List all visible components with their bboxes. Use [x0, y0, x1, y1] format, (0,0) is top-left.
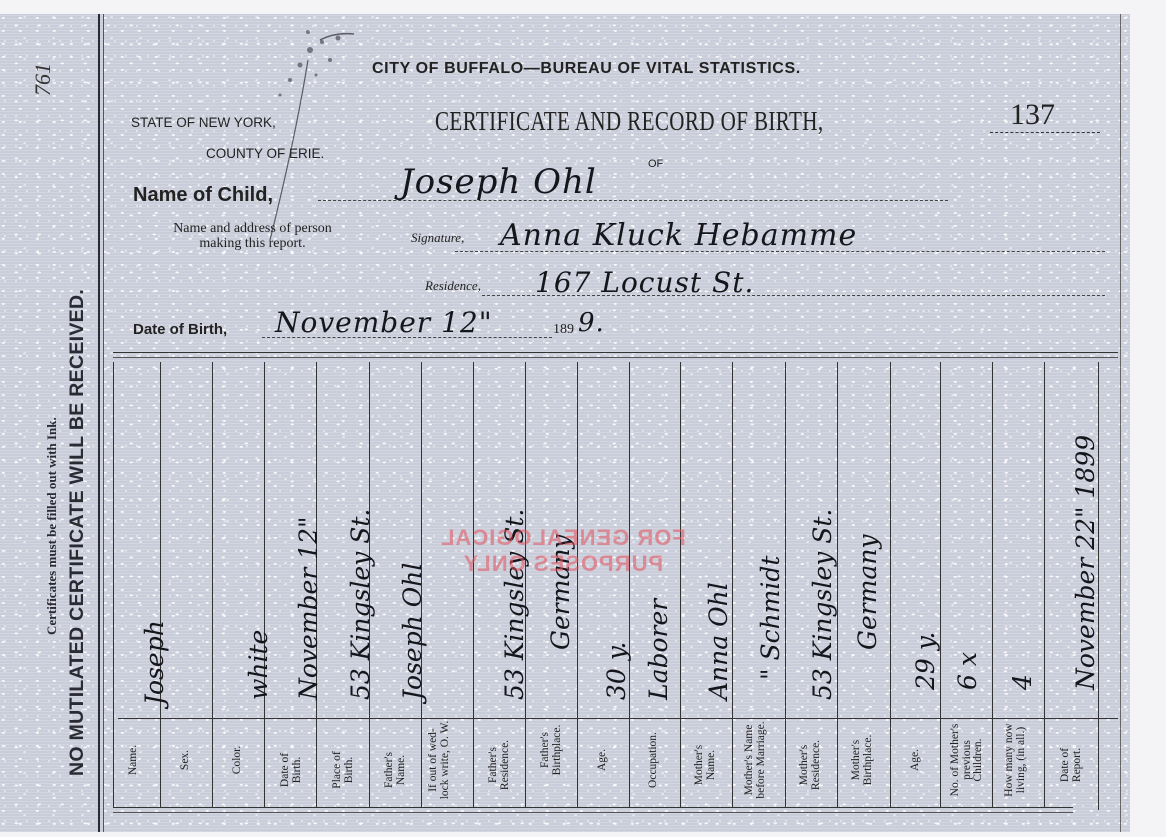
residence-value: 167 Locust St. — [535, 266, 754, 299]
reporter-label-line2: making this report. — [199, 236, 305, 251]
column-header-fathers-name: Father's Name. — [384, 740, 407, 800]
cell-mothers-maiden-name: " Schmidt — [758, 556, 784, 680]
cell-mothers-birthplace: Germany — [855, 534, 881, 650]
certificate-number-line — [990, 132, 1100, 133]
stub-number-handwritten: 761 — [30, 63, 56, 96]
cell-place-of-birth: 53 Kingsley St. — [348, 509, 374, 700]
table-top-rule-2 — [113, 357, 1118, 358]
column-header-fathers-birthplace: Father's Birthplace. — [540, 710, 563, 790]
name-of-child-label: Name of Child, — [133, 184, 273, 207]
of-label: OF — [648, 158, 663, 170]
date-of-birth-year-prefix: 189 — [553, 322, 574, 338]
cell-date-of-birth: November 12" — [296, 516, 322, 700]
bureau-heading: CITY OF BUFFALO—BUREAU OF VITAL STATISTI… — [372, 60, 801, 78]
column-header-date-of-birth: Date of Birth. — [280, 740, 303, 800]
stub-notice-ink: Certificates must be filled out with Ink… — [44, 417, 60, 635]
column-divider — [264, 362, 265, 807]
county-label: COUNTY OF ERIE. — [206, 146, 324, 161]
cell-occupation: Laborer — [646, 599, 672, 700]
cell-mothers-residence: 53 Kingsley St. — [810, 509, 836, 700]
column-header-out-of-wedlock: If out of wed-lock write, O. W. — [428, 720, 451, 800]
column-divider — [837, 362, 838, 807]
column-divider — [1044, 362, 1045, 807]
stub-divider — [98, 14, 100, 832]
signature-value: Anna Kluck Hebamme — [500, 218, 857, 253]
stamp-line2: PURPOSES ONLY — [463, 551, 663, 576]
reporter-label: Name and address of person making this r… — [130, 221, 375, 251]
column-header-fathers-age: Age. — [597, 720, 609, 800]
column-header-mothers-maiden-name: Mother's Name before Marriage. — [744, 720, 767, 800]
column-divider — [113, 362, 114, 807]
residence-label: Residence, — [425, 278, 481, 294]
column-divider — [890, 362, 891, 807]
column-divider — [629, 362, 630, 807]
cell-mothers-age: 29 y. — [913, 631, 939, 690]
ink-smudge-stamp — [250, 20, 360, 250]
cell-name: Joseph — [142, 620, 168, 705]
cell-color: white — [246, 630, 272, 700]
stub-divider-inner — [103, 14, 104, 832]
cell-fathers-name: Joseph Ohl — [400, 563, 426, 700]
header-row-rule — [118, 718, 1118, 719]
sheet-right-edge — [1120, 14, 1121, 832]
stamp-line1: FOR GENEALOGICAL — [440, 525, 686, 550]
cell-previous-children: 6 x — [955, 652, 981, 690]
date-of-birth-year-suffix: 9. — [578, 308, 605, 338]
name-of-child-value: Joseph Ohl — [400, 162, 597, 202]
column-divider — [992, 362, 993, 807]
column-divider — [212, 362, 213, 807]
cell-mothers-name: Anna Ohl — [706, 582, 732, 700]
state-label: STATE OF NEW YORK, — [131, 115, 276, 130]
table-bottom-rule — [113, 807, 1073, 808]
column-header-place-of-birth: Place of Birth. — [332, 740, 355, 800]
column-header-mothers-name: Mother's Name. — [694, 730, 717, 800]
column-header-mothers-residence: Mother's Residence. — [799, 730, 822, 800]
column-header-occupation: Occupation. — [648, 720, 660, 800]
column-header-now-living: How many now living, (in all.) — [1004, 720, 1027, 800]
cell-date-of-report: November 22" 1899 — [1073, 435, 1099, 690]
date-of-birth-value: November 12" — [275, 306, 493, 339]
signature-label: Signature, — [411, 230, 464, 246]
column-divider — [160, 362, 161, 807]
table-top-rule — [113, 352, 1118, 353]
cell-now-living: 4 — [1010, 674, 1036, 690]
column-divider — [940, 362, 941, 807]
column-divider — [577, 362, 578, 807]
reporter-label-line1: Name and address of person — [173, 221, 332, 236]
column-header-date-of-report: Date of Report. — [1060, 730, 1083, 800]
column-header-previous-children: No. of Mother's previous Children. — [950, 720, 985, 800]
column-header-mothers-birthplace: Mother's Birthplace. — [851, 720, 874, 800]
column-header-name: Name. — [128, 720, 140, 800]
genealogical-stamp: FOR GENEALOGICAL PURPOSES ONLY — [440, 525, 686, 577]
certificate-title: CERTIFICATE AND RECORD OF BIRTH, — [435, 106, 823, 137]
column-header-fathers-residence: Father's Residence. — [488, 730, 511, 800]
stub-notice-mutilated: NO MUTILATED CERTIFICATE WILL BE RECEIVE… — [66, 289, 89, 776]
column-divider — [680, 362, 681, 807]
column-header-sex: Sex. — [180, 720, 192, 800]
column-divider — [473, 362, 474, 807]
cell-fathers-age: 30 y. — [604, 641, 630, 700]
date-of-birth-label: Date of Birth, — [133, 321, 227, 338]
table-bottom-rule-2 — [113, 812, 1073, 813]
certificate-number: 137 — [1010, 98, 1055, 132]
column-header-mothers-age: Age. — [910, 720, 922, 800]
column-divider — [785, 362, 786, 807]
column-header-color: Color. — [232, 720, 244, 800]
